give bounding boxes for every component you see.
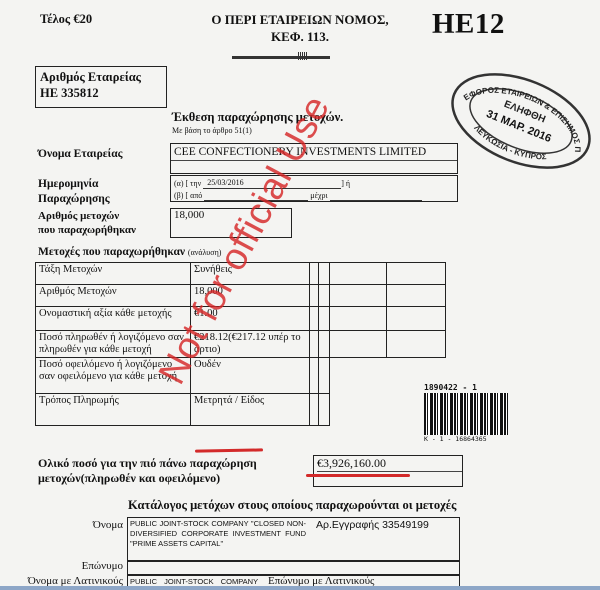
allotment-empty-cell [310, 307, 319, 331]
report-subtitle: Με βάση το άρθρο 51(1) [172, 126, 252, 135]
allotment-row-label: Τρόπος Πληρωμής [36, 394, 191, 426]
shares-allotted-label-line1: Αριθμός μετοχών [38, 209, 136, 223]
allotment-title-text: Μετοχές που παραχωρήθηκαν [38, 246, 185, 258]
date-b-prefix: (β) [ από [174, 191, 202, 200]
allotment-empty-cell [319, 331, 330, 358]
total-amount-label: Ολικό ποσό για την πιό πάνω παραχώρηση μ… [38, 456, 257, 486]
shareholder-name-field: PUBLIC JOINT-STOCK COMPANY "CLOSED NON-D… [127, 517, 460, 561]
date-option-a: (α) [ την 25/03/2016] ή [174, 177, 454, 189]
allotment-row-value: Ουδέν [191, 358, 310, 394]
shareholder-latin-name-value: PUBLIC JOINT-STOCK COMPANY [130, 577, 258, 586]
date-a-value: 25/03/2016 [203, 178, 243, 187]
allotment-empty-cell [310, 263, 319, 285]
received-stamp: ΕΦΟΡΟΣ ΕΤΑΙΡΕΙΩΝ & ΕΠΙΣΗΜΟΣ ΠΑΡΑΛΗΠΤΗΣ Λ… [435, 53, 600, 189]
barcode-number: 1890422 - 1 [424, 383, 508, 392]
date-a-prefix: (α) [ την [174, 179, 201, 188]
allotment-empty-cell [319, 358, 330, 394]
fee-label: Τέλος €20 [40, 12, 92, 27]
date-b-to-label: μέχρι [310, 191, 327, 200]
window-bottom-edge [0, 586, 600, 590]
total-amount-label-line2: μετοχών(πληρωθέν και οφειλόμενο) [38, 471, 257, 486]
allotment-row-label: Τάξη Μετοχών [36, 263, 191, 285]
shareholders-title: Κατάλογος μετόχων στους οποίους παραχωρο… [128, 498, 456, 513]
date-option-b: (β) [ από μέχρι [174, 189, 454, 201]
allotment-empty-cell [319, 307, 330, 331]
allotment-row: Ποσό οφειλόμενο ή λογιζόμενο σαν οφειλόμ… [36, 358, 446, 394]
allotment-empty-cell [387, 263, 446, 285]
allotment-row-label: Ονομαστική αξία κάθε μετοχής [36, 307, 191, 331]
date-a-suffix: ] ή [341, 179, 350, 188]
barcode-reference: Κ - 1 - 16864365 [424, 435, 508, 443]
allotment-empty-cell [319, 285, 330, 307]
allotment-empty-cell [330, 307, 387, 331]
allotment-empty-cell [319, 394, 330, 426]
allotment-row-value: Μετρητά / Είδος [191, 394, 310, 426]
allotment-date-label-line1: Ημερομηνία [38, 177, 110, 192]
barcode: 1890422 - 1 Κ - 1 - 16864365 [424, 383, 508, 449]
allotment-row: Τρόπος ΠληρωμήςΜετρητά / Είδος [36, 394, 446, 426]
allotment-empty-cell [319, 263, 330, 285]
shareholder-name-value: PUBLIC JOINT-STOCK COMPANY "CLOSED NON-D… [130, 519, 306, 549]
red-underline-payment-method [195, 448, 263, 452]
svg-text:ΕΦΟΡΟΣ ΕΤΑΙΡΕΙΩΝ & ΕΠΙΣΗΜΟΣ ΠΑ: ΕΦΟΡΟΣ ΕΤΑΙΡΕΙΩΝ & ΕΠΙΣΗΜΟΣ ΠΑΡΑΛΗΠΤΗΣ [445, 53, 600, 155]
allotment-row: Ονομαστική αξία κάθε μετοχής€1.00 [36, 307, 446, 331]
total-amount-label-line1: Ολικό ποσό για την πιό πάνω παραχώρηση [38, 456, 257, 471]
allotment-empty-cell [310, 394, 319, 426]
company-number-value: ΗΕ 335812 [40, 85, 162, 101]
allotment-empty-cell [330, 358, 387, 394]
law-title-line1: Ο ΠΕΡΙ ΕΤΑΙΡΕΙΩΝ ΝΟΜΟΣ, [195, 11, 405, 28]
allotment-row: Ποσό πληρωθέν ή λογιζόμενο σαν πληρωθέν … [36, 331, 446, 358]
company-name-label: Όνομα Εταιρείας [38, 147, 123, 162]
header-divider-ornament [298, 52, 308, 60]
date-b-to-line [330, 189, 422, 201]
form-code: ΗΕ12 [432, 8, 505, 41]
total-amount-field: €3,926,160.00 [313, 455, 463, 487]
shareholder-surname-field [127, 561, 460, 575]
company-number-label: Αριθμός Εταιρείας [40, 69, 162, 85]
allotment-section-title: Μετοχές που παραχωρήθηκαν (ανάλυση) [38, 246, 221, 258]
allotment-row-label: Αριθμός Μετοχών [36, 285, 191, 307]
shareholder-surname-label: Επώνυμο [0, 560, 123, 572]
header-divider [232, 56, 330, 59]
allotment-date-label-line2: Παραχώρησης [38, 192, 110, 207]
allotment-empty-cell [330, 331, 387, 358]
shares-allotted-label-line2: που παραχωρήθηκαν [38, 223, 136, 237]
allotment-date-label: Ημερομηνία Παραχώρησης [38, 177, 110, 207]
barcode-bars [424, 393, 508, 435]
red-underline-total [306, 474, 410, 477]
shares-allotted-label: Αριθμός μετοχών που παραχωρήθηκαν [38, 209, 136, 237]
allotment-empty-cell [387, 307, 446, 331]
allotment-empty-cell [387, 331, 446, 358]
allotment-empty-cell [387, 285, 446, 307]
allotment-empty-cell [330, 285, 387, 307]
allotment-empty-cell [310, 358, 319, 394]
allotment-empty-cell [310, 285, 319, 307]
shareholder-registration-number: Αρ.Εγγραφής 33549199 [316, 519, 429, 531]
law-title-line2: ΚΕΦ. 113. [195, 28, 405, 45]
allotment-empty-cell [330, 263, 387, 285]
total-amount-value: €3,926,160.00 [317, 456, 462, 472]
shareholder-name-label: Όνομα [0, 519, 123, 531]
company-number-box: Αριθμός Εταιρείας ΗΕ 335812 [35, 66, 167, 108]
allotment-date-field: (α) [ την 25/03/2016] ή (β) [ από μέχρι [170, 175, 458, 202]
allotment-empty-cell [310, 331, 319, 358]
law-title: Ο ΠΕΡΙ ΕΤΑΙΡΕΙΩΝ ΝΟΜΟΣ, ΚΕΦ. 113. [195, 11, 405, 45]
allotment-empty-cell [330, 394, 387, 426]
